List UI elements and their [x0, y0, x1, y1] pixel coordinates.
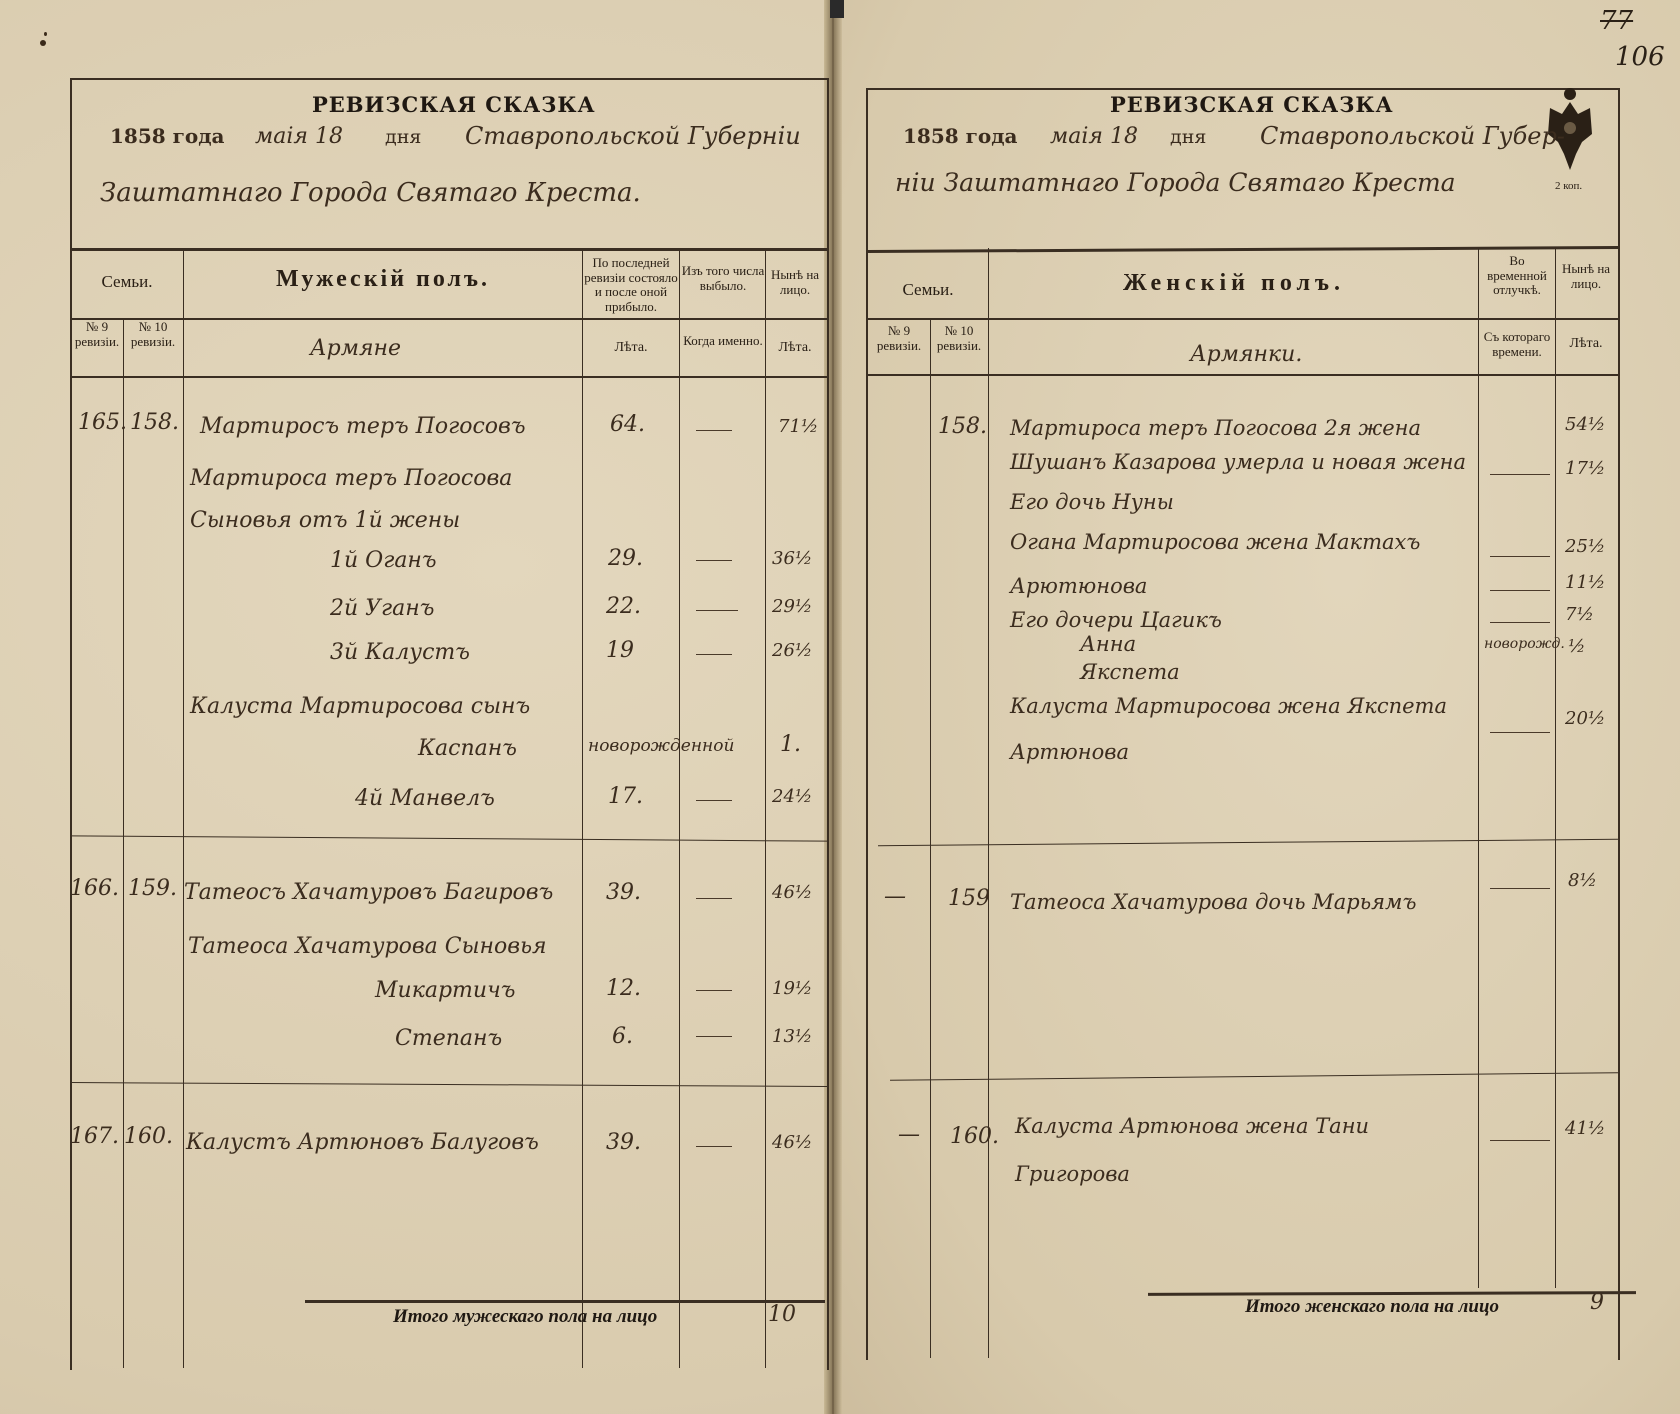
rev10-number: 159 — [948, 886, 990, 911]
departed-dash — [696, 560, 732, 561]
col-divider — [988, 248, 989, 1358]
departed-dash — [696, 898, 732, 899]
absence-dash — [1490, 732, 1550, 733]
col-present: Нынѣ на лицо. — [766, 268, 824, 297]
female-total-label: Итого женскаго пола на лицо — [1245, 1296, 1499, 1318]
age-now: 19½ — [772, 978, 812, 999]
departed-dash — [696, 1146, 732, 1147]
col-departed: Изъ того числа выбыло. — [681, 264, 765, 293]
col-when: Когда именно. — [681, 334, 765, 349]
age-last-revision: 29. — [608, 546, 643, 571]
person-name: Анна — [1080, 632, 1136, 656]
age-now: 29½ — [772, 596, 812, 617]
person-name: 3й Калустъ — [330, 640, 470, 665]
stamp-duty: 2 коп. — [1555, 180, 1582, 192]
age-last-revision: новорожденной — [588, 736, 734, 756]
col-families: Семьи. — [72, 272, 182, 291]
female-total-value: 9 — [1590, 1290, 1604, 1315]
age-last-revision: 19 — [606, 638, 634, 663]
person-name: Степанъ — [395, 1026, 502, 1051]
age-now: 17½ — [1565, 458, 1605, 479]
age-last-revision: 17. — [608, 784, 643, 809]
age-last-revision: 22. — [606, 594, 641, 619]
person-name: Татеосъ Хачатуровъ Багировъ — [184, 880, 553, 905]
departed-dash — [696, 1036, 732, 1037]
right-year: 1858 года — [903, 124, 1018, 148]
age-now: 7½ — [1565, 604, 1594, 625]
left-town: Заштатнаго Города Святаго Креста. — [100, 178, 641, 208]
col-section-female: Женскій полъ. — [990, 270, 1478, 297]
person-name: 4й Манвелъ — [355, 786, 495, 811]
absence-since: новорожд. — [1484, 636, 1565, 652]
age-now: 24½ — [772, 786, 812, 807]
bottom-rule — [305, 1300, 825, 1303]
col-present: Нынѣ на лицо. — [1557, 262, 1615, 291]
age-now: ½ — [1568, 636, 1585, 657]
departed-dash — [696, 800, 732, 801]
right-title: РЕВИЗСКАЯ СКАЗКА — [1110, 92, 1394, 117]
person-name: Татеоса Хачатурова Сыновья — [188, 934, 547, 959]
rev9-number: 167. — [70, 1124, 119, 1149]
rev10-number: 160. — [950, 1124, 999, 1149]
age-now: 26½ — [772, 640, 812, 661]
right-gubernia: Ставропольской Губер- — [1260, 122, 1565, 150]
person-name: 2й Уганъ — [330, 596, 434, 621]
col-rev9: № 9 ревизіи. — [72, 320, 122, 349]
person-name: Каспанъ — [418, 736, 517, 761]
rule — [868, 374, 1618, 376]
col-last-revision: По последней ревизіи состояло и после он… — [584, 256, 678, 314]
age-now: 13½ — [772, 1026, 812, 1047]
absence-dash — [1490, 888, 1550, 889]
age-now: 11½ — [1565, 572, 1605, 593]
age-now: 54½ — [1565, 414, 1605, 435]
col-divider — [1555, 248, 1556, 1288]
person-name: Его дочери Цагикъ — [1010, 608, 1222, 632]
rev9-number: 166. — [70, 876, 119, 901]
col-families: Семьи. — [870, 280, 986, 299]
age-now: 1. — [780, 732, 801, 757]
age-now: 25½ — [1565, 536, 1605, 557]
person-name: Калустъ Артюновъ Балуговъ — [186, 1130, 539, 1155]
col-years-now: Лѣта. — [766, 340, 824, 356]
person-name: Татеоса Хачатурова дочь Марьямъ — [1010, 890, 1416, 914]
age-last-revision: 39. — [606, 880, 641, 905]
age-now: 20½ — [1565, 708, 1605, 729]
col-since-when: Съ котораго времени. — [1480, 330, 1554, 359]
person-name: Сыновья отъ 1й жены — [190, 508, 460, 533]
person-name: Калуста Артюнова жена Тани — [1015, 1114, 1369, 1138]
absence-dash — [1490, 622, 1550, 623]
col-divider — [582, 248, 583, 1368]
age-now: 46½ — [772, 882, 812, 903]
absence-dash — [1490, 474, 1550, 475]
col-years: Лѣта. — [1557, 336, 1615, 352]
departed-dash — [696, 610, 738, 611]
rev10-number: 160. — [124, 1124, 173, 1149]
col-divider — [765, 248, 766, 1368]
left-gubernia: Ставропольской Губерніи — [465, 122, 801, 150]
departed-dash — [696, 430, 732, 431]
person-name: Мартироса теръ Погосова — [190, 466, 512, 491]
gutter-shadow — [830, 0, 844, 18]
col-divider — [930, 318, 931, 1358]
person-name: Мартироса теръ Погосова 2я жена — [1010, 416, 1421, 440]
ink-spot — [44, 32, 47, 36]
departed-dash — [696, 654, 732, 655]
age-now: 36½ — [772, 548, 812, 569]
age-last-revision: 6. — [612, 1024, 633, 1049]
person-name: Григорова — [1015, 1162, 1130, 1186]
rev10-number: 158. — [130, 410, 179, 435]
col-divider — [679, 248, 680, 1368]
person-name: Огана Мартиросова жена Мактахъ — [1010, 530, 1420, 554]
absence-dash — [1490, 1140, 1550, 1141]
ink-spot — [40, 40, 46, 46]
col-rev9: № 9 ревизіи. — [870, 324, 928, 353]
person-name: Микартичъ — [375, 978, 515, 1003]
new-folio-number: 106 — [1615, 42, 1665, 72]
rev9-number: 165. — [78, 410, 127, 435]
age-now: 8½ — [1568, 870, 1597, 891]
person-name: 1й Оганъ — [330, 548, 437, 573]
age-last-revision: 64. — [610, 412, 645, 437]
col-divider — [183, 248, 184, 1368]
age-last-revision: 39. — [606, 1130, 641, 1155]
absence-dash — [1490, 556, 1550, 557]
person-name: Калуста Мартиросова жена Якспета — [1010, 694, 1447, 718]
col-rev10: № 10 ревизіи. — [124, 320, 182, 349]
left-month-day: маія 18 — [255, 124, 343, 149]
right-month-day: маія 18 — [1050, 124, 1138, 149]
person-name: Его дочь Нуны — [1010, 490, 1174, 514]
person-name: Шушанъ Казарова умерла и новая жена — [1010, 450, 1466, 474]
rev10-number: 159. — [128, 876, 177, 901]
col-ethnicity: Армянки. — [1190, 342, 1302, 367]
male-total-value: 10 — [768, 1302, 796, 1327]
col-rev10: № 10 ревизіи. — [931, 324, 987, 353]
old-folio-number: 77 — [1600, 6, 1633, 36]
left-year: 1858 года — [110, 124, 225, 148]
rule — [868, 318, 1618, 320]
right-day-word: дня — [1170, 126, 1206, 148]
rev10-number: 158. — [938, 414, 987, 439]
person-name: Мартиросъ теръ Погосовъ — [200, 414, 526, 439]
rev9-number: — — [884, 884, 906, 909]
male-total-label: Итого мужескаго пола на лицо — [393, 1306, 657, 1328]
col-divider — [123, 318, 124, 1368]
age-now: 71½ — [778, 416, 818, 437]
right-town: ніи Заштатнаго Города Святаго Креста — [895, 168, 1456, 197]
age-now: 41½ — [1565, 1118, 1605, 1139]
departed-dash — [696, 990, 732, 991]
person-name: Якспета — [1080, 660, 1180, 684]
person-name: Калуста Мартиросова сынъ — [190, 694, 530, 719]
age-last-revision: 12. — [606, 976, 641, 1001]
col-temp-absence: Во временной отлучкѣ. — [1480, 254, 1554, 298]
col-divider — [1478, 248, 1479, 1288]
col-ethnicity: Армяне — [310, 336, 401, 361]
col-years: Лѣта. — [584, 340, 678, 356]
rev9-number: — — [898, 1122, 920, 1147]
absence-dash — [1490, 590, 1550, 591]
person-name: Арютюнова — [1010, 574, 1147, 598]
age-now: 46½ — [772, 1132, 812, 1153]
col-section-male: Мужескій полъ. — [184, 266, 582, 293]
person-name: Артюнова — [1010, 740, 1129, 764]
left-title: РЕВИЗСКАЯ СКАЗКА — [312, 92, 596, 117]
left-day-word: дня — [385, 126, 421, 148]
